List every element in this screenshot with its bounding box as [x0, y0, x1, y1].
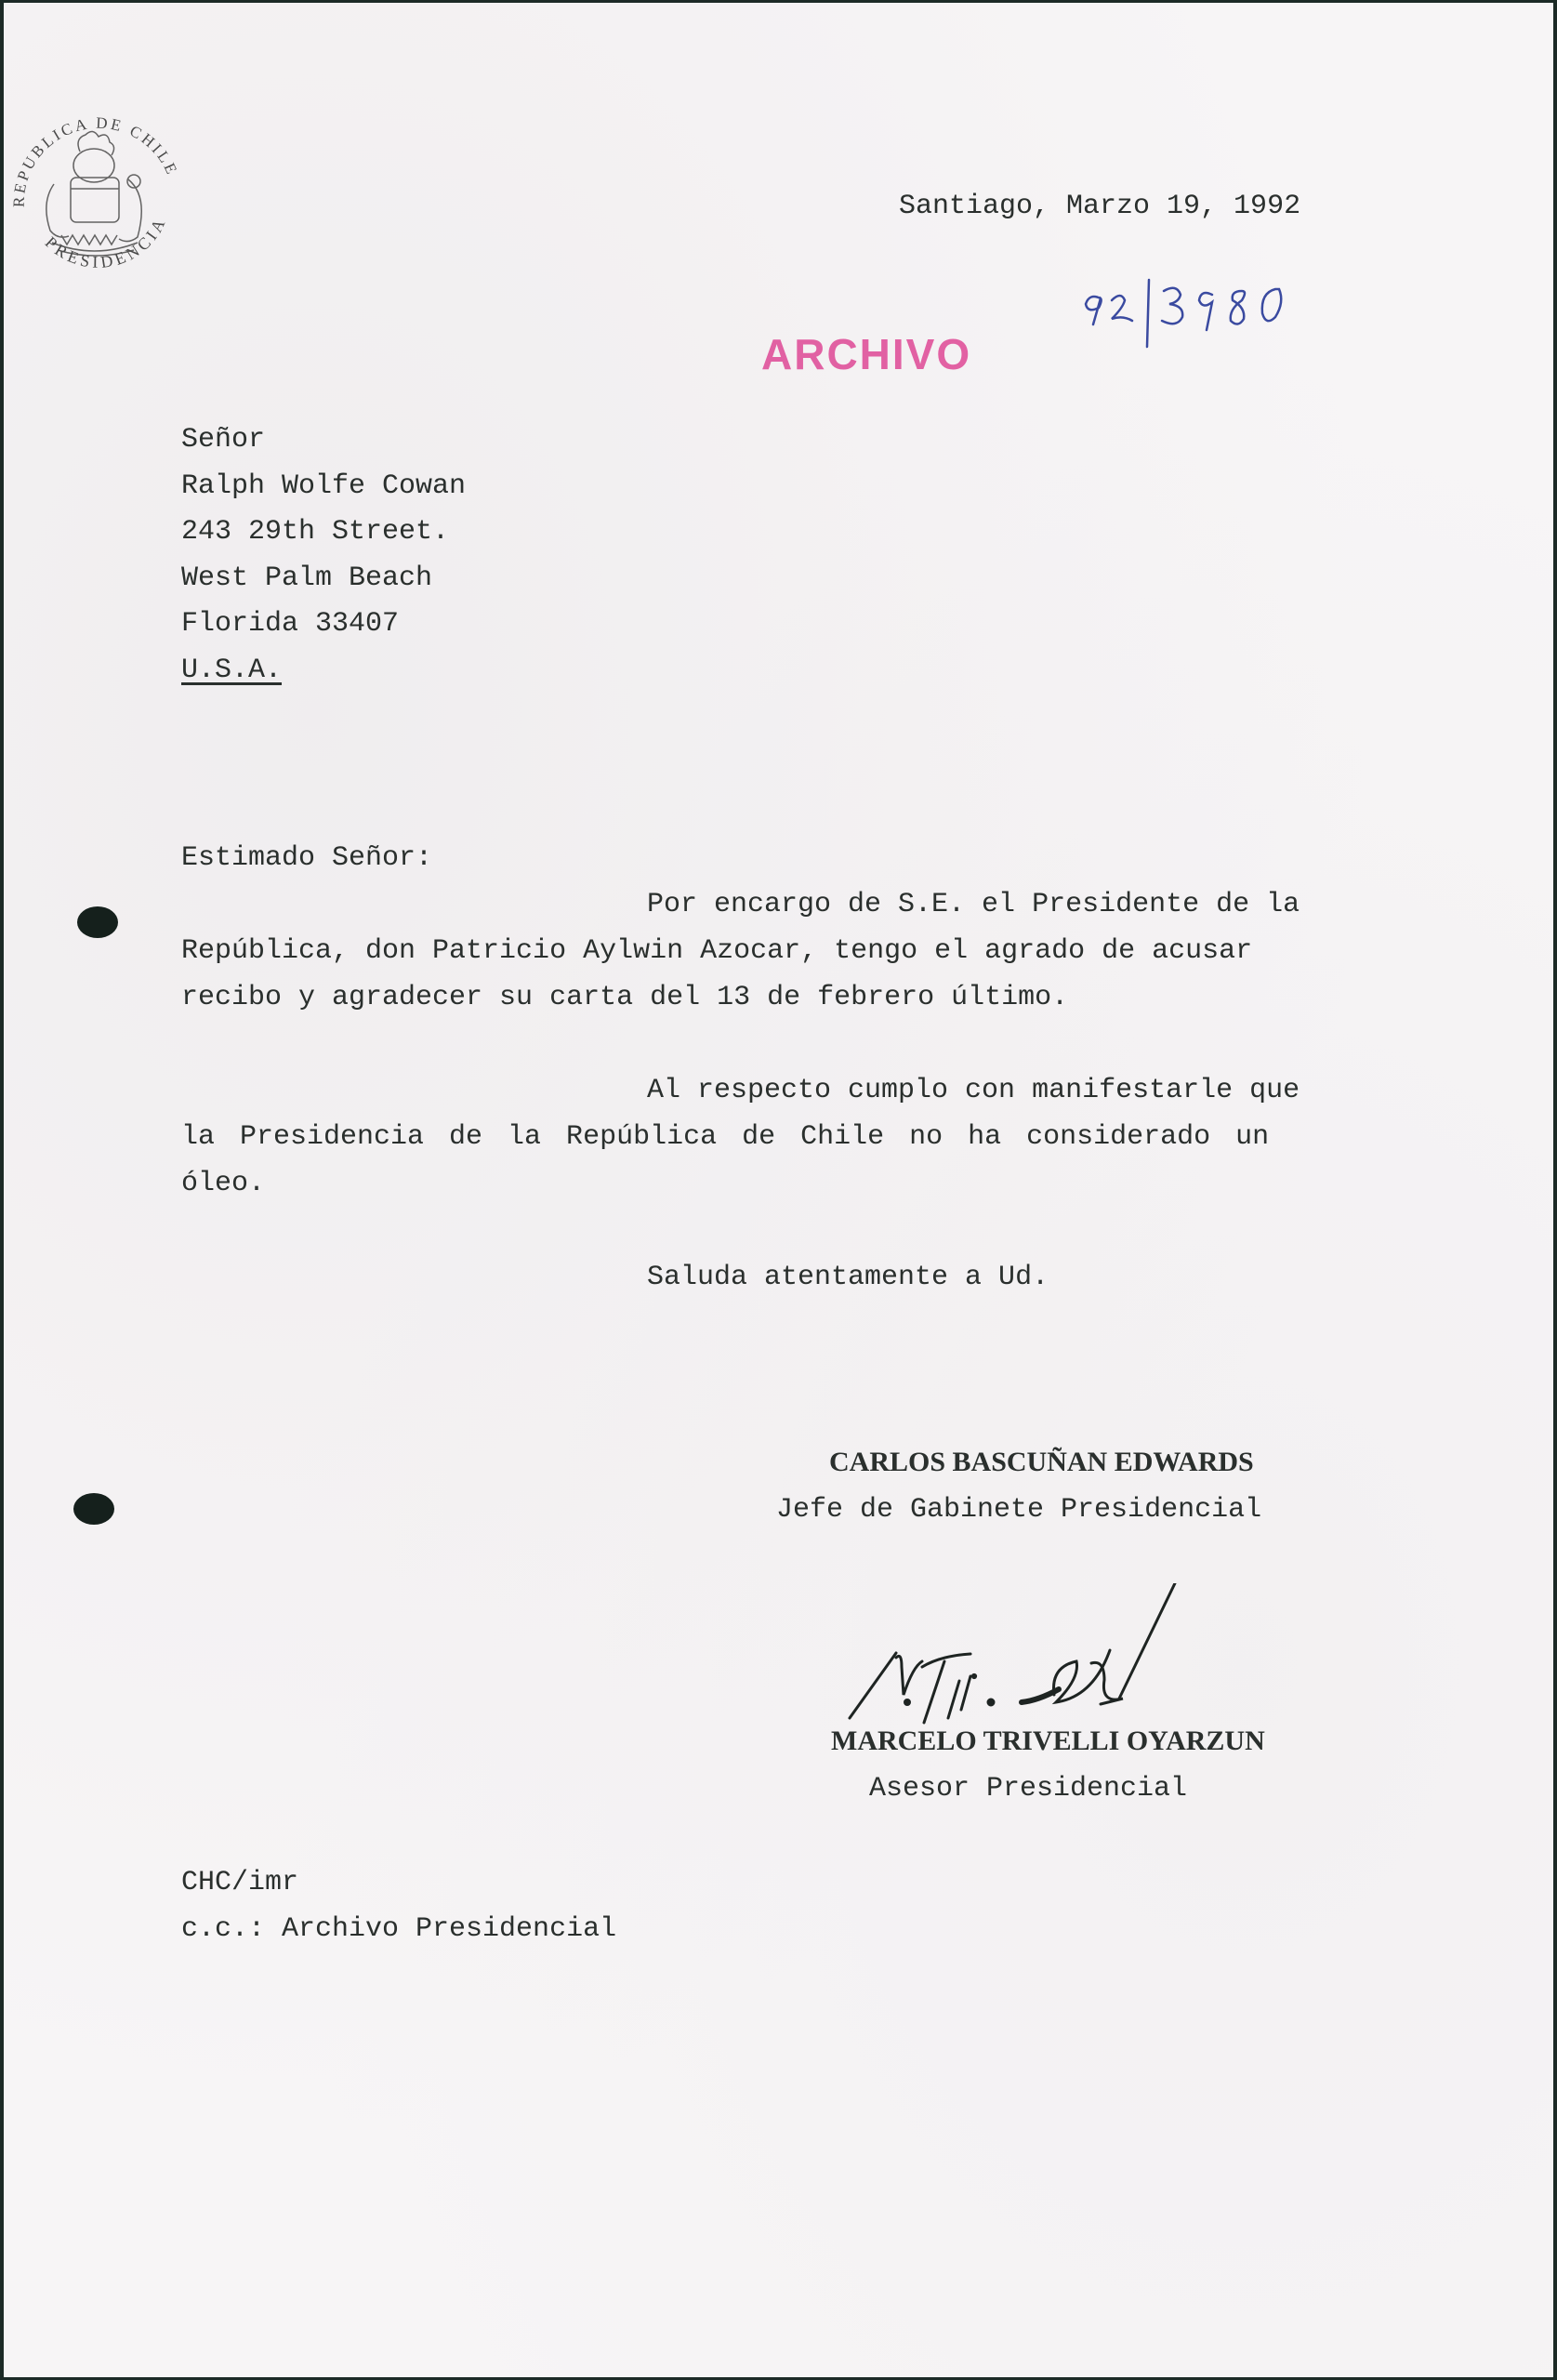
presidential-seal-icon: REPUBLICA DE CHILE PRESIDENCIA	[6, 96, 182, 291]
archive-stamp: ARCHIVO	[761, 329, 971, 379]
paragraph1-line1: Por encargo de S.E. el Presidente de la	[647, 891, 1300, 919]
paragraph1-line2: República, don Patricio Aylwin Azocar, t…	[181, 937, 1252, 965]
signatory2-title: Asesor Presidencial	[869, 1775, 1187, 1803]
handwritten-reference-icon: 92/3980	[1063, 263, 1361, 356]
paragraph2-line2: la Presidencia de la República de Chile …	[181, 1123, 1269, 1151]
svg-text:92/3980: 92/3980	[1063, 263, 1067, 264]
recipient-street: 243 29th Street.	[181, 518, 449, 546]
paragraph2-line3: óleo.	[181, 1170, 265, 1197]
paragraph2-line1: Al respecto cumplo con manifestarle que	[647, 1077, 1300, 1104]
recipient-state-zip: Florida 33407	[181, 610, 399, 638]
recipient-title: Señor	[181, 426, 265, 454]
signatory1-title: Jefe de Gabinete Presidencial	[776, 1496, 1261, 1524]
signatory1-name: CARLOS BASCUÑAN EDWARDS	[829, 1448, 1254, 1476]
punch-hole-bottom	[73, 1493, 114, 1525]
punch-hole-top	[77, 906, 118, 938]
svg-text:REPUBLICA DE CHILE: REPUBLICA DE CHILE	[10, 114, 182, 208]
recipient-country: U.S.A.	[181, 656, 282, 684]
handwritten-signature-icon	[840, 1583, 1268, 1732]
signatory2-name: MARCELO TRIVELLI OYARZUN	[831, 1727, 1265, 1755]
greeting: Estimado Señor:	[181, 844, 432, 872]
footer-initials: CHC/imr	[181, 1869, 298, 1897]
closing: Saluda atentamente a Ud.	[647, 1263, 1049, 1291]
paragraph1-line3: recibo y agradecer su carta del 13 de fe…	[181, 984, 1068, 1011]
recipient-city: West Palm Beach	[181, 564, 432, 592]
date-line: Santiago, Marzo 19, 1992	[899, 192, 1300, 220]
recipient-name: Ralph Wolfe Cowan	[181, 472, 466, 500]
letter-page: REPUBLICA DE CHILE PRESIDENCIA Santiago,…	[4, 3, 1553, 2377]
footer-cc: c.c.: Archivo Presidencial	[181, 1915, 616, 1943]
